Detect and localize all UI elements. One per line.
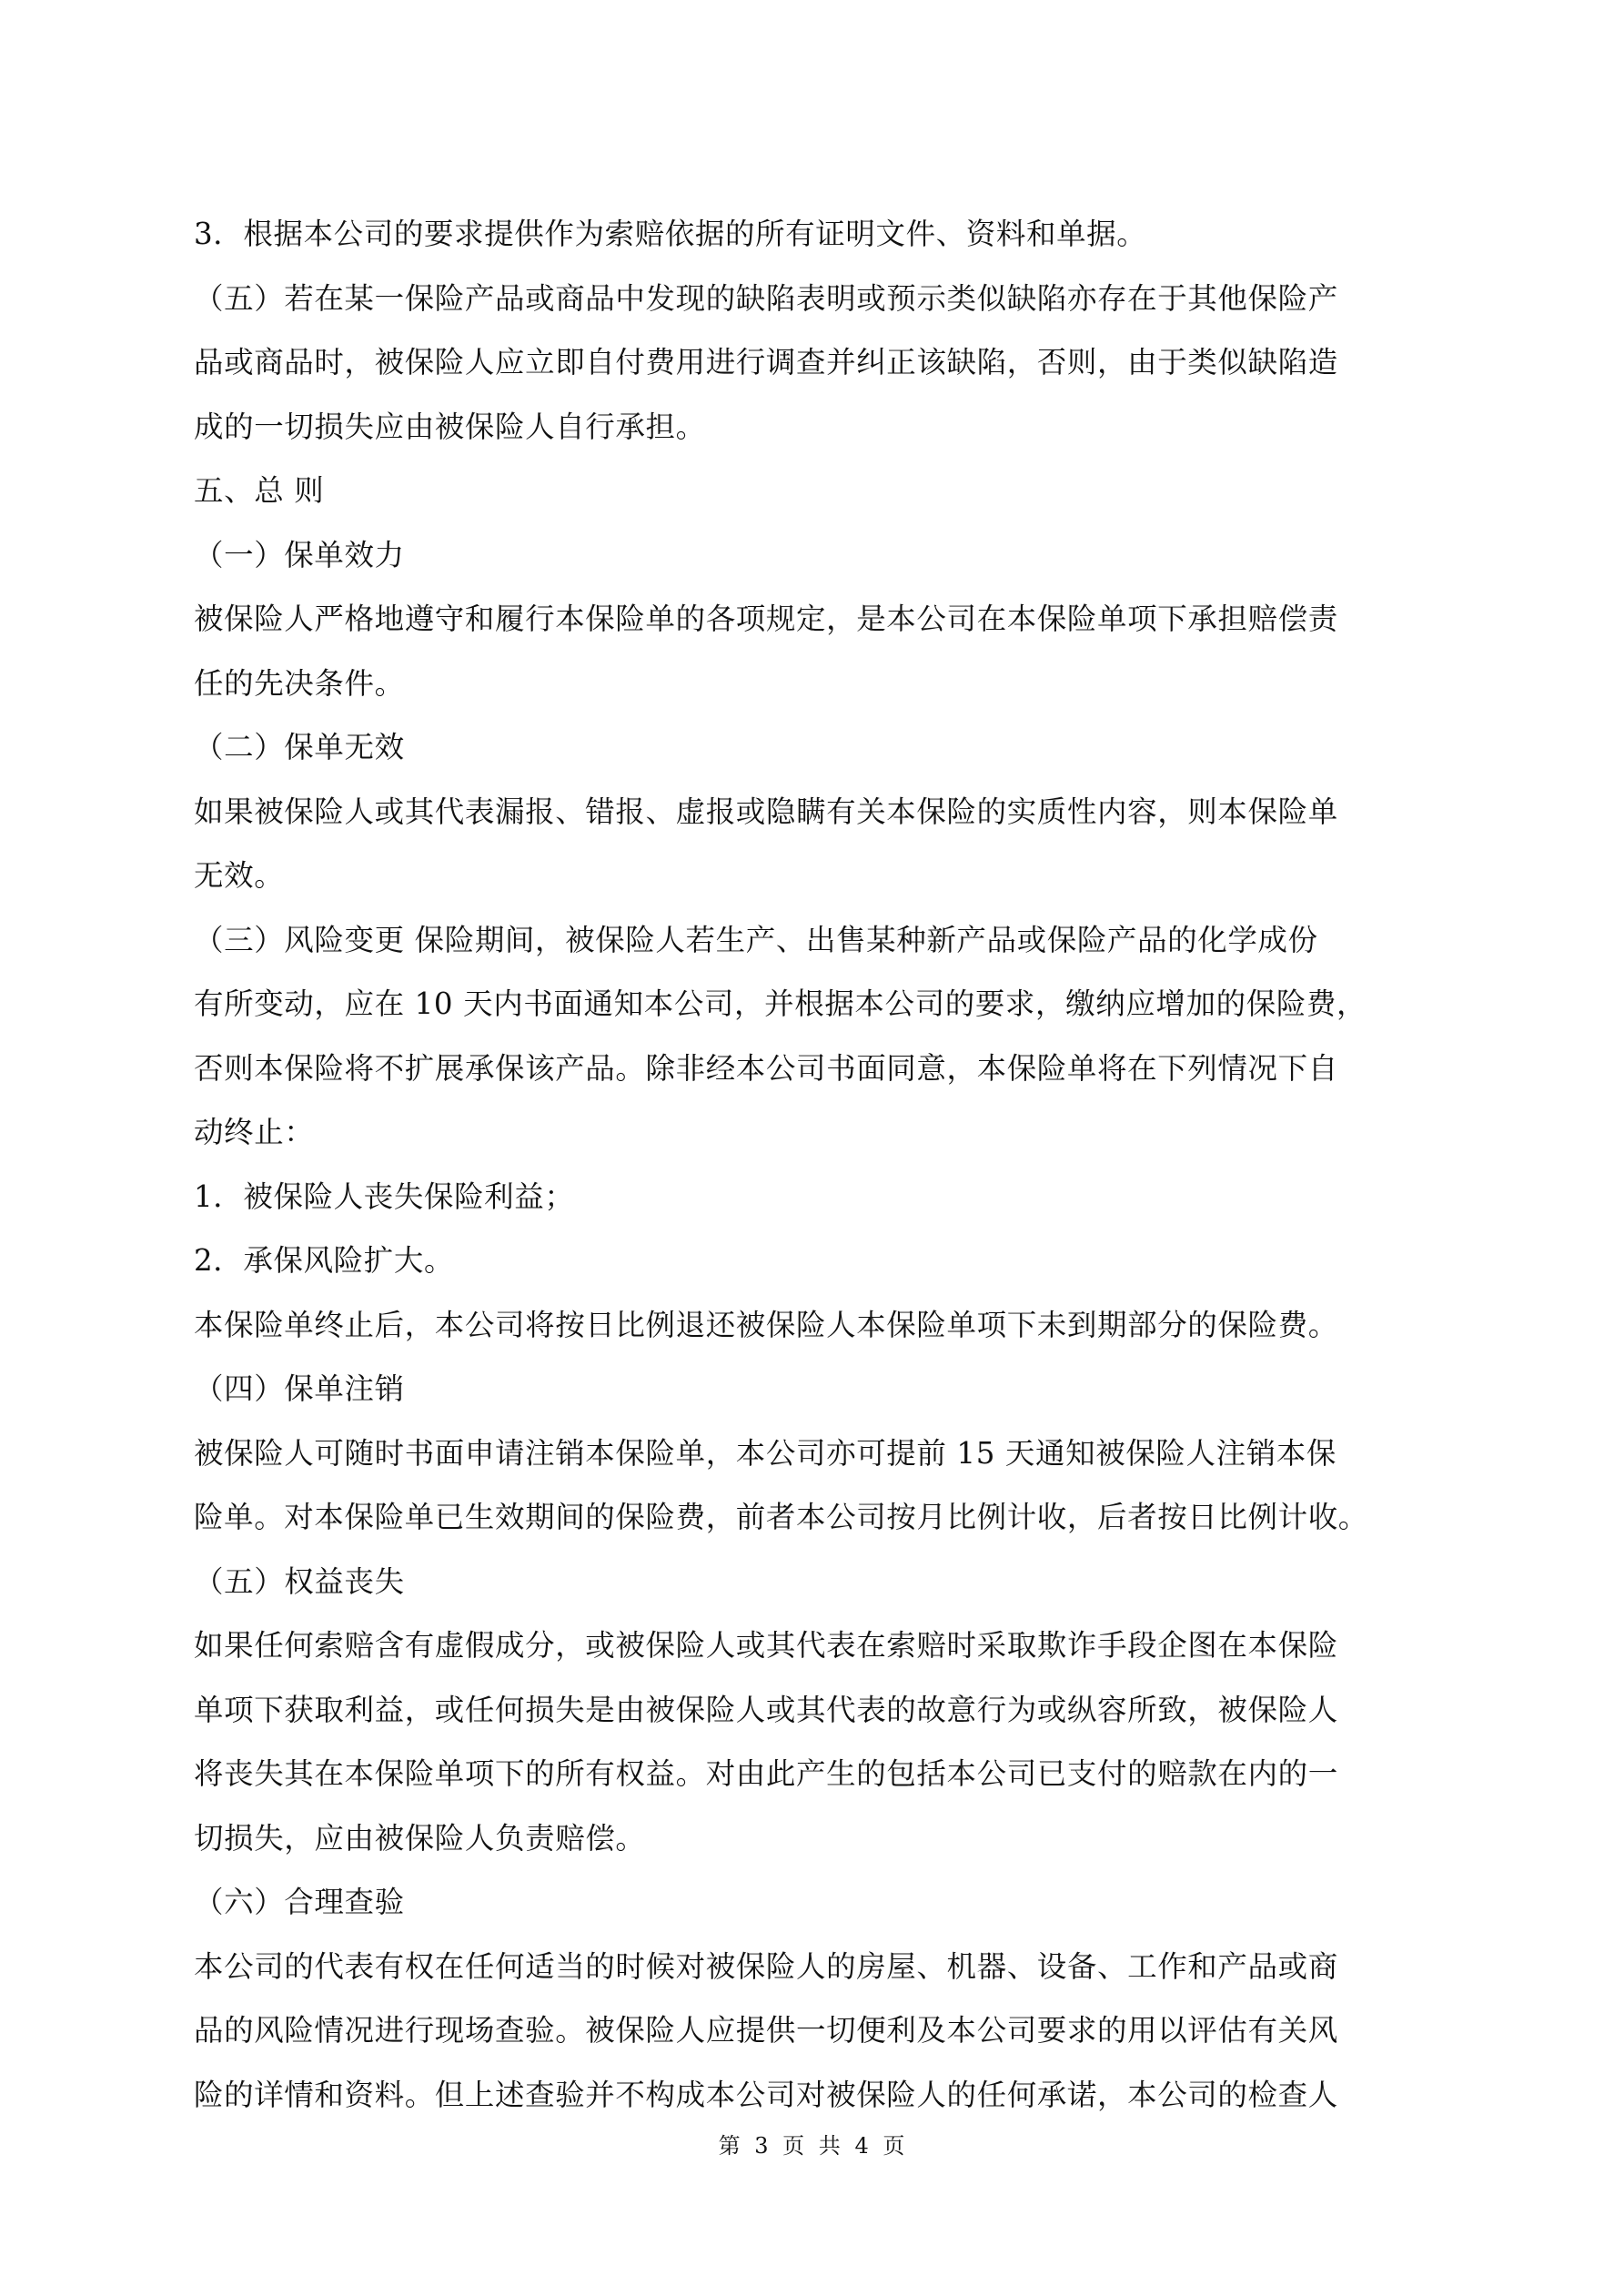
inspection-line-2: 品的风险情况进行现场查验。被保险人应提供一切便利及本公司要求的用以评估有关风	[194, 1998, 1449, 2063]
page-number-footer: 第 3 页 共 4 页	[0, 2128, 1624, 2164]
document-page: 3．根据本公司的要求提供作为索赔依据的所有证明文件、资料和单据。 （五）若在某一…	[0, 0, 1624, 2296]
policy-effect-line-2: 任的先决条件。	[194, 652, 1449, 716]
section-heading-general-rules: 五、总 则	[194, 459, 1449, 523]
forfeiture-line-2: 单项下获取利益，或任何损失是由被保险人或其代表的故意行为或纵容所致，被保险人	[194, 1678, 1449, 1743]
subheading-policy-cancellation: （四）保单注销	[194, 1357, 1449, 1421]
risk-change-line-4: 动终止：	[194, 1100, 1449, 1165]
subheading-forfeiture: （五）权益丧失	[194, 1550, 1449, 1614]
clause-5-defect-line-3: 成的一切损失应由被保险人自行承担。	[194, 395, 1449, 460]
clause-5-defect-line-1: （五）若在某一保险产品或商品中发现的缺陷表明或预示类似缺陷亦存在于其他保险产	[194, 267, 1449, 331]
cancellation-line-1: 被保险人可随时书面申请注销本保险单，本公司亦可提前 15 天通知被保险人注销本保	[194, 1421, 1449, 1486]
risk-change-line-2: 有所变动，应在 10 天内书面通知本公司，并根据本公司的要求，缴纳应增加的保险费…	[194, 972, 1449, 1037]
forfeiture-line-4: 切损失，应由被保险人负责赔偿。	[194, 1806, 1449, 1871]
policy-invalid-line-1: 如果被保险人或其代表漏报、错报、虚报或隐瞒有关本保险的实质性内容，则本保险单	[194, 780, 1449, 845]
subheading-policy-invalid: （二）保单无效	[194, 715, 1449, 780]
termination-refund: 本保险单终止后，本公司将按日比例退还被保险人本保险单项下未到期部分的保险费。	[194, 1293, 1449, 1358]
forfeiture-line-3: 将丧失其在本保险单项下的所有权益。对由此产生的包括本公司已支付的赔款在内的一	[194, 1742, 1449, 1806]
document-body: 3．根据本公司的要求提供作为索赔依据的所有证明文件、资料和单据。 （五）若在某一…	[194, 202, 1449, 2127]
policy-effect-line-1: 被保险人严格地遵守和履行本保险单的各项规定，是本公司在本保险单项下承担赔偿责	[194, 587, 1449, 652]
termination-item-1: 1．被保险人丧失保险利益；	[194, 1165, 1449, 1229]
inspection-line-1: 本公司的代表有权在任何适当的时候对被保险人的房屋、机器、设备、工作和产品或商	[194, 1935, 1449, 1999]
subheading-reasonable-inspection: （六）合理查验	[194, 1870, 1449, 1935]
inspection-line-3: 险的详情和资料。但上述查验并不构成本公司对被保险人的任何承诺，本公司的检查人	[194, 2063, 1449, 2128]
cancellation-line-2: 险单。对本保险单已生效期间的保险费，前者本公司按月比例计收，后者按日比例计收。	[194, 1485, 1449, 1550]
clause-3-claim-documents: 3．根据本公司的要求提供作为索赔依据的所有证明文件、资料和单据。	[194, 202, 1449, 267]
risk-change-line-3: 否则本保险将不扩展承保该产品。除非经本公司书面同意，本保险单将在下列情况下自	[194, 1037, 1449, 1101]
policy-invalid-line-2: 无效。	[194, 844, 1449, 908]
forfeiture-line-1: 如果任何索赔含有虚假成分，或被保险人或其代表在索赔时采取欺诈手段企图在本保险	[194, 1613, 1449, 1678]
termination-item-2: 2．承保风险扩大。	[194, 1229, 1449, 1293]
risk-change-line-1: （三）风险变更 保险期间，被保险人若生产、出售某种新产品或保险产品的化学成份	[194, 908, 1449, 973]
clause-5-defect-line-2: 品或商品时，被保险人应立即自付费用进行调查并纠正该缺陷，否则，由于类似缺陷造	[194, 330, 1449, 395]
subheading-policy-effect: （一）保单效力	[194, 523, 1449, 588]
